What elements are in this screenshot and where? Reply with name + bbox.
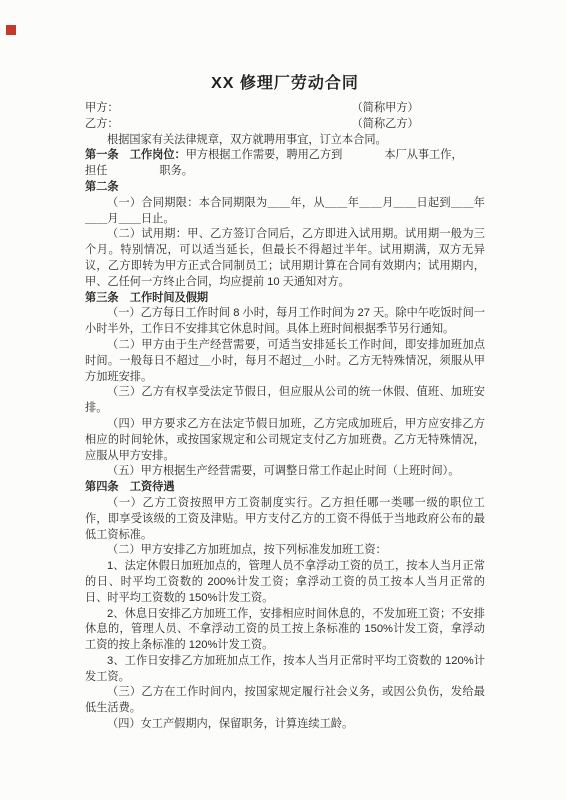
text-run: （简称乙方） — [352, 118, 419, 130]
text-run: （四）女工产假期内，保留职务，计算连续工龄。 — [107, 718, 353, 730]
clause-3-item-3: （三）乙方有权享受法定节假日，但应服从公司的统一休假、值班、加班安排。 — [85, 385, 485, 417]
text-run: （三）乙方在工作时间内，按国家规定履行社会义务，或因公负伤，发给最低生活费。 — [85, 686, 485, 714]
clause-4-item-2-sub-1: 1、法定休假日加班加点的，管理人员不拿浮动工资的员工，按本人当月正常的日、时平均… — [85, 559, 485, 606]
clause-2-item-2: （二）试用期：甲、乙方签订合同后，乙方即进入试用期。试用期一般为三个月。特别情况… — [85, 227, 485, 290]
text-run: （五）甲方根据生产经营需要，可调整日常工作起止时间（上班时间）。 — [107, 465, 459, 477]
text-run: 根据国家有关法律规章，双方就聘用事宜，订立本合同。 — [107, 134, 387, 146]
text-run: 职务。 — [159, 165, 193, 177]
text-run: （四）甲方要求乙方在法定节假日加班，乙方完成加班后，甲方应安排乙方相应的时间轮休… — [85, 418, 485, 462]
text-run: （二）甲方安排乙方加班加点，按下列标准发加班工资： — [107, 544, 387, 556]
clause-4-item-2-sub-3: 3、工作日安排乙方加班加点工作，按本人当月正常时平均工资数的 120%计发工资。 — [85, 654, 485, 686]
fill-in-blank-gap — [119, 110, 352, 111]
text-run: （一）乙方每日工作时间 8 小时，每月工作时间为 27 天。除中午吃饭时间一小时… — [85, 307, 485, 335]
text-run: 1、法定休假日加班加点的，管理人员不拿浮动工资的员工，按本人当月正常的日、时平均… — [85, 560, 485, 604]
text-run: 甲方： — [85, 102, 119, 114]
clause-2-heading: 第二条 — [85, 180, 485, 196]
clause-3-heading: 第三条 工作时间及假期 — [85, 291, 485, 307]
text-run: 担任 — [85, 165, 107, 177]
text-run: 第四条 工资待遇 — [85, 481, 175, 493]
text-run: （一）合同期限：本合同期限为＿＿年，从＿＿年＿＿月＿＿日起到＿＿年＿＿月＿＿日止… — [85, 197, 485, 225]
fill-in-blank-gap — [107, 173, 159, 174]
clause-4-item-1: （一）乙方工资按照甲方工资制度实行。乙方担任哪一类哪一级的职位工作，即享受该级的… — [85, 496, 485, 543]
clause-1-line: 第一条 工作岗位：甲方根据工作需要，聘用乙方到本厂从事工作， — [85, 148, 485, 164]
red-marker — [6, 25, 16, 35]
clause-4-heading: 第四条 工资待遇 — [85, 480, 485, 496]
clause-2-item-1: （一）合同期限：本合同期限为＿＿年，从＿＿年＿＿月＿＿日起到＿＿年＿＿月＿＿日止… — [85, 196, 485, 228]
text-run: （二）试用期：甲、乙方签订合同后，乙方即进入试用期。试用期一般为三个月。特别情况… — [85, 228, 485, 287]
text-run: XX 修理厂劳动合同 — [211, 75, 359, 92]
clause-4-item-2: （二）甲方安排乙方加班加点，按下列标准发加班工资： — [85, 543, 485, 559]
fill-in-blank-gap — [119, 126, 352, 127]
intro-paragraph: 根据国家有关法律规章，双方就聘用事宜，订立本合同。 — [85, 133, 485, 149]
clause-4-item-2-sub-2: 2、休息日安排乙方加班工作，安排相应时间休息的，不发加班工资；不安排休息的，管理… — [85, 607, 485, 654]
text-run: 第一条 工作岗位： — [85, 149, 186, 161]
text-run: 第二条 — [85, 181, 119, 193]
text-run: 2、休息日安排乙方加班工作，安排相应时间休息的，不发加班工资；不安排休息的，管理… — [85, 608, 485, 652]
party-a-line: 甲方：（简称甲方） — [85, 101, 485, 117]
clause-3-item-4: （四）甲方要求乙方在法定节假日加班，乙方完成加班后，甲方应安排乙方相应的时间轮休… — [85, 417, 485, 464]
text-run: 本厂从事工作， — [384, 149, 462, 161]
clause-3-item-5: （五）甲方根据生产经营需要，可调整日常工作起止时间（上班时间）。 — [85, 464, 485, 480]
text-run: 第三条 工作时间及假期 — [85, 292, 208, 304]
text-run: 乙方： — [85, 118, 119, 130]
text-run: （三）乙方有权享受法定节假日，但应服从公司的统一休假、值班、加班安排。 — [85, 386, 485, 414]
text-run: （二）甲方由于生产经营需要，可适当安排延长工作时间，即安排加班加点时间。一般每日… — [85, 339, 485, 383]
text-run: （一）乙方工资按照甲方工资制度实行。乙方担任哪一类哪一级的职位工作，即享受该级的… — [85, 497, 485, 541]
clause-4-item-4: （四）女工产假期内，保留职务，计算连续工龄。 — [85, 717, 485, 733]
party-b-line: 乙方：（简称乙方） — [85, 117, 485, 133]
text-run: 3、工作日安排乙方加班加点工作，按本人当月正常时平均工资数的 120%计发工资。 — [85, 655, 485, 683]
clause-1-continuation-line: 担任职务。 — [85, 164, 485, 180]
clause-3-item-1: （一）乙方每日工作时间 8 小时，每月工作时间为 27 天。除中午吃饭时间一小时… — [85, 306, 485, 338]
clause-4-item-3: （三）乙方在工作时间内，按国家规定履行社会义务，或因公负伤，发给最低生活费。 — [85, 685, 485, 717]
contract-title: XX 修理厂劳动合同 — [85, 74, 485, 94]
contract-body: XX 修理厂劳动合同甲方：（简称甲方）乙方：（简称乙方）根据国家有关法律规章，双… — [85, 74, 485, 733]
clause-3-item-2: （二）甲方由于生产经营需要，可适当安排延长工作时间，即安排加班加点时间。一般每日… — [85, 338, 485, 385]
text-run: 甲方根据工作需要，聘用乙方到 — [186, 149, 343, 161]
contract-document-page: XX 修理厂劳动合同甲方：（简称甲方）乙方：（简称乙方）根据国家有关法律规章，双… — [0, 0, 566, 800]
text-run: （简称甲方） — [352, 102, 419, 114]
fill-in-blank-gap — [342, 157, 384, 158]
